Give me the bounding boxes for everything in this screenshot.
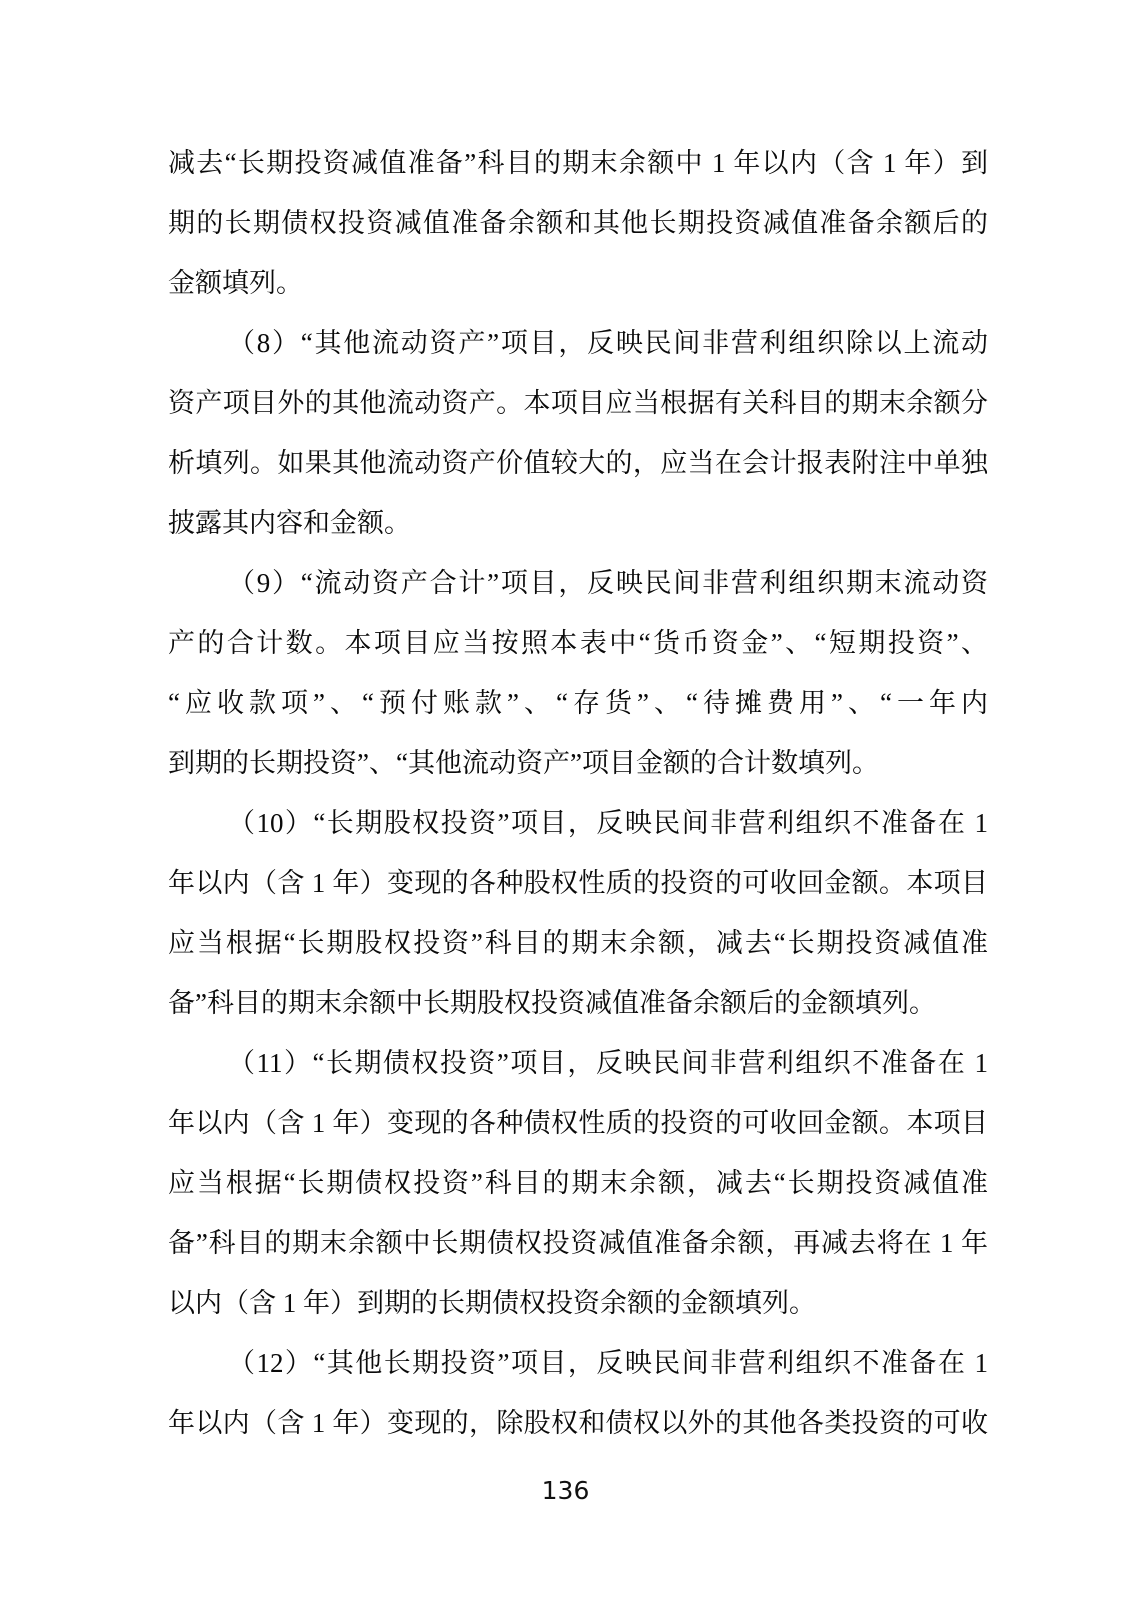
text-line: 应当根据“长期股权投资”科目的期末余额，减去“长期投资减值准 — [168, 913, 988, 973]
text-line: 备”科目的期末余额中长期股权投资减值准备余额后的金额填列。 — [168, 973, 988, 1033]
text-line: 应当根据“长期债权投资”科目的期末余额，减去“长期投资减值准 — [168, 1153, 988, 1213]
text-line: （9）“流动资产合计”项目，反映民间非营利组织期末流动资 — [168, 553, 988, 613]
text-line: 年以内（含 1 年）变现的各种股权性质的投资的可收回金额。本项目 — [168, 853, 988, 913]
page-number: 136 — [0, 1476, 1131, 1505]
text-line: 金额填列。 — [168, 253, 988, 313]
text-line: 备”科目的期末余额中长期债权投资减值准备余额，再减去将在 1 年 — [168, 1213, 988, 1273]
text-line: “应收款项”、“预付账款”、“存货”、“待摊费用”、“一年内 — [168, 673, 988, 733]
text-line: 析填列。如果其他流动资产价值较大的，应当在会计报表附注中单独 — [168, 433, 988, 493]
text-line: 以内（含 1 年）到期的长期债权投资余额的金额填列。 — [168, 1273, 988, 1333]
text-line: 减去“长期投资减值准备”科目的期末余额中 1 年以内（含 1 年）到 — [168, 133, 988, 193]
text-line: 年以内（含 1 年）变现的，除股权和债权以外的其他各类投资的可收 — [168, 1393, 988, 1453]
text-line: 年以内（含 1 年）变现的各种债权性质的投资的可收回金额。本项目 — [168, 1093, 988, 1153]
text-line: 期的长期债权投资减值准备余额和其他长期投资减值准备余额后的 — [168, 193, 988, 253]
document-page: 减去“长期投资减值准备”科目的期末余额中 1 年以内（含 1 年）到期的长期债权… — [0, 0, 1131, 1600]
text-line: 产的合计数。本项目应当按照本表中“货币资金”、“短期投资”、 — [168, 613, 988, 673]
text-line: （10）“长期股权投资”项目，反映民间非营利组织不准备在 1 — [168, 793, 988, 853]
text-line: （11）“长期债权投资”项目，反映民间非营利组织不准备在 1 — [168, 1033, 988, 1093]
document-text-body: 减去“长期投资减值准备”科目的期末余额中 1 年以内（含 1 年）到期的长期债权… — [168, 133, 988, 1453]
text-line: 到期的长期投资”、“其他流动资产”项目金额的合计数填列。 — [168, 733, 988, 793]
text-line: （12）“其他长期投资”项目，反映民间非营利组织不准备在 1 — [168, 1333, 988, 1393]
text-line: 资产项目外的其他流动资产。本项目应当根据有关科目的期末余额分 — [168, 373, 988, 433]
text-line: （8）“其他流动资产”项目，反映民间非营利组织除以上流动 — [168, 313, 988, 373]
text-line: 披露其内容和金额。 — [168, 493, 988, 553]
